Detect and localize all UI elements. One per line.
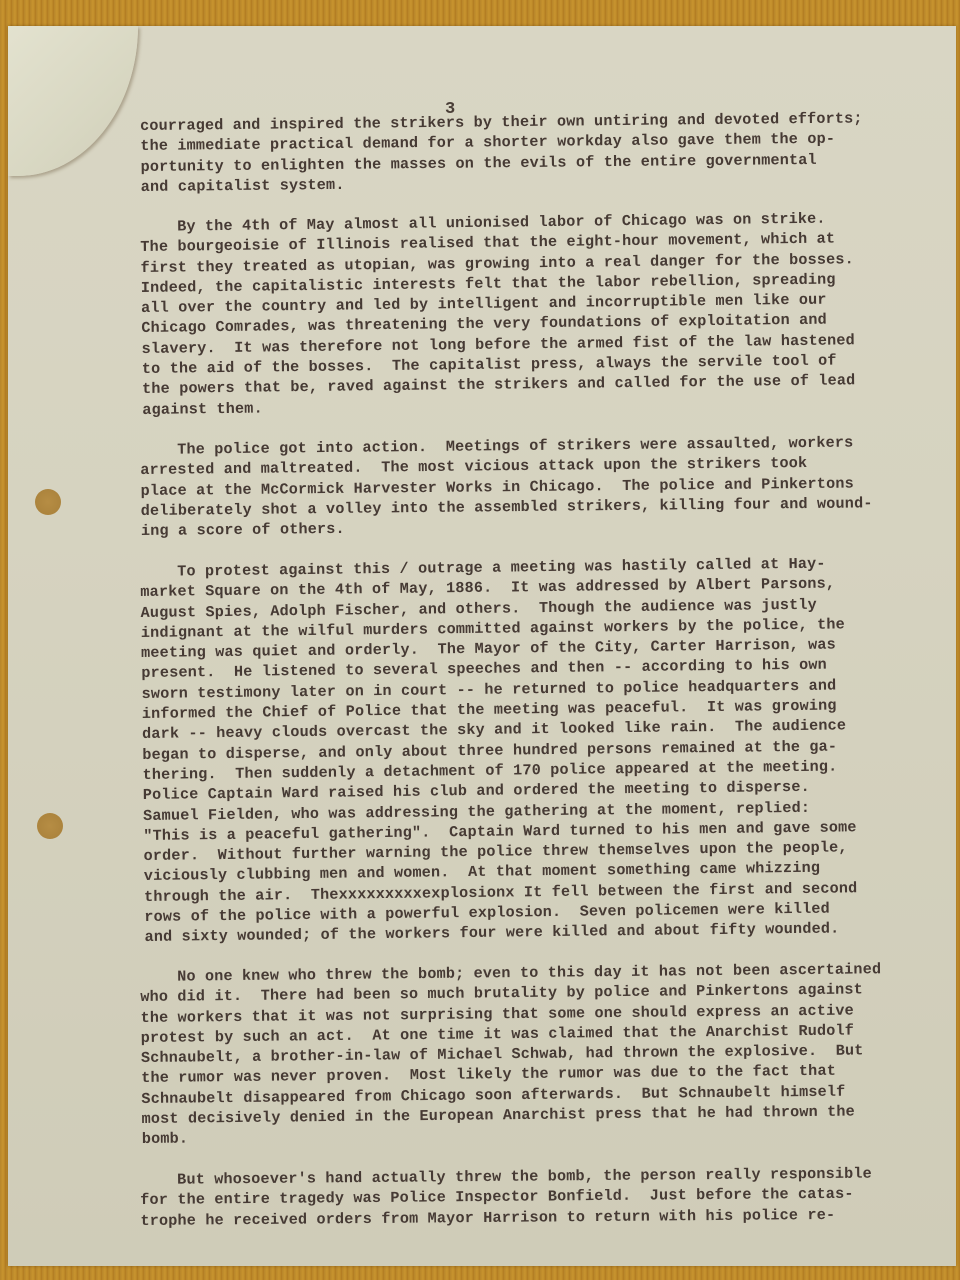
folded-page-corner	[8, 26, 138, 176]
paragraph-4: To protest against this / outrage a meet…	[140, 552, 935, 947]
paragraph-5: No one knew who threw the bomb; even to …	[140, 959, 932, 1150]
paragraph-3: The police got into action. Meetings of …	[140, 432, 931, 542]
paragraph-1: courraged and inspired the strikers by t…	[140, 108, 931, 197]
paragraph-6: But whosoever's hand actually threw the …	[140, 1163, 931, 1231]
punch-hole-top	[35, 489, 61, 515]
paragraph-2: By the 4th of May almost all unionised l…	[140, 208, 932, 421]
punch-hole-bottom	[37, 813, 63, 839]
document-body: courraged and inspired the strikers by t…	[140, 116, 930, 1251]
